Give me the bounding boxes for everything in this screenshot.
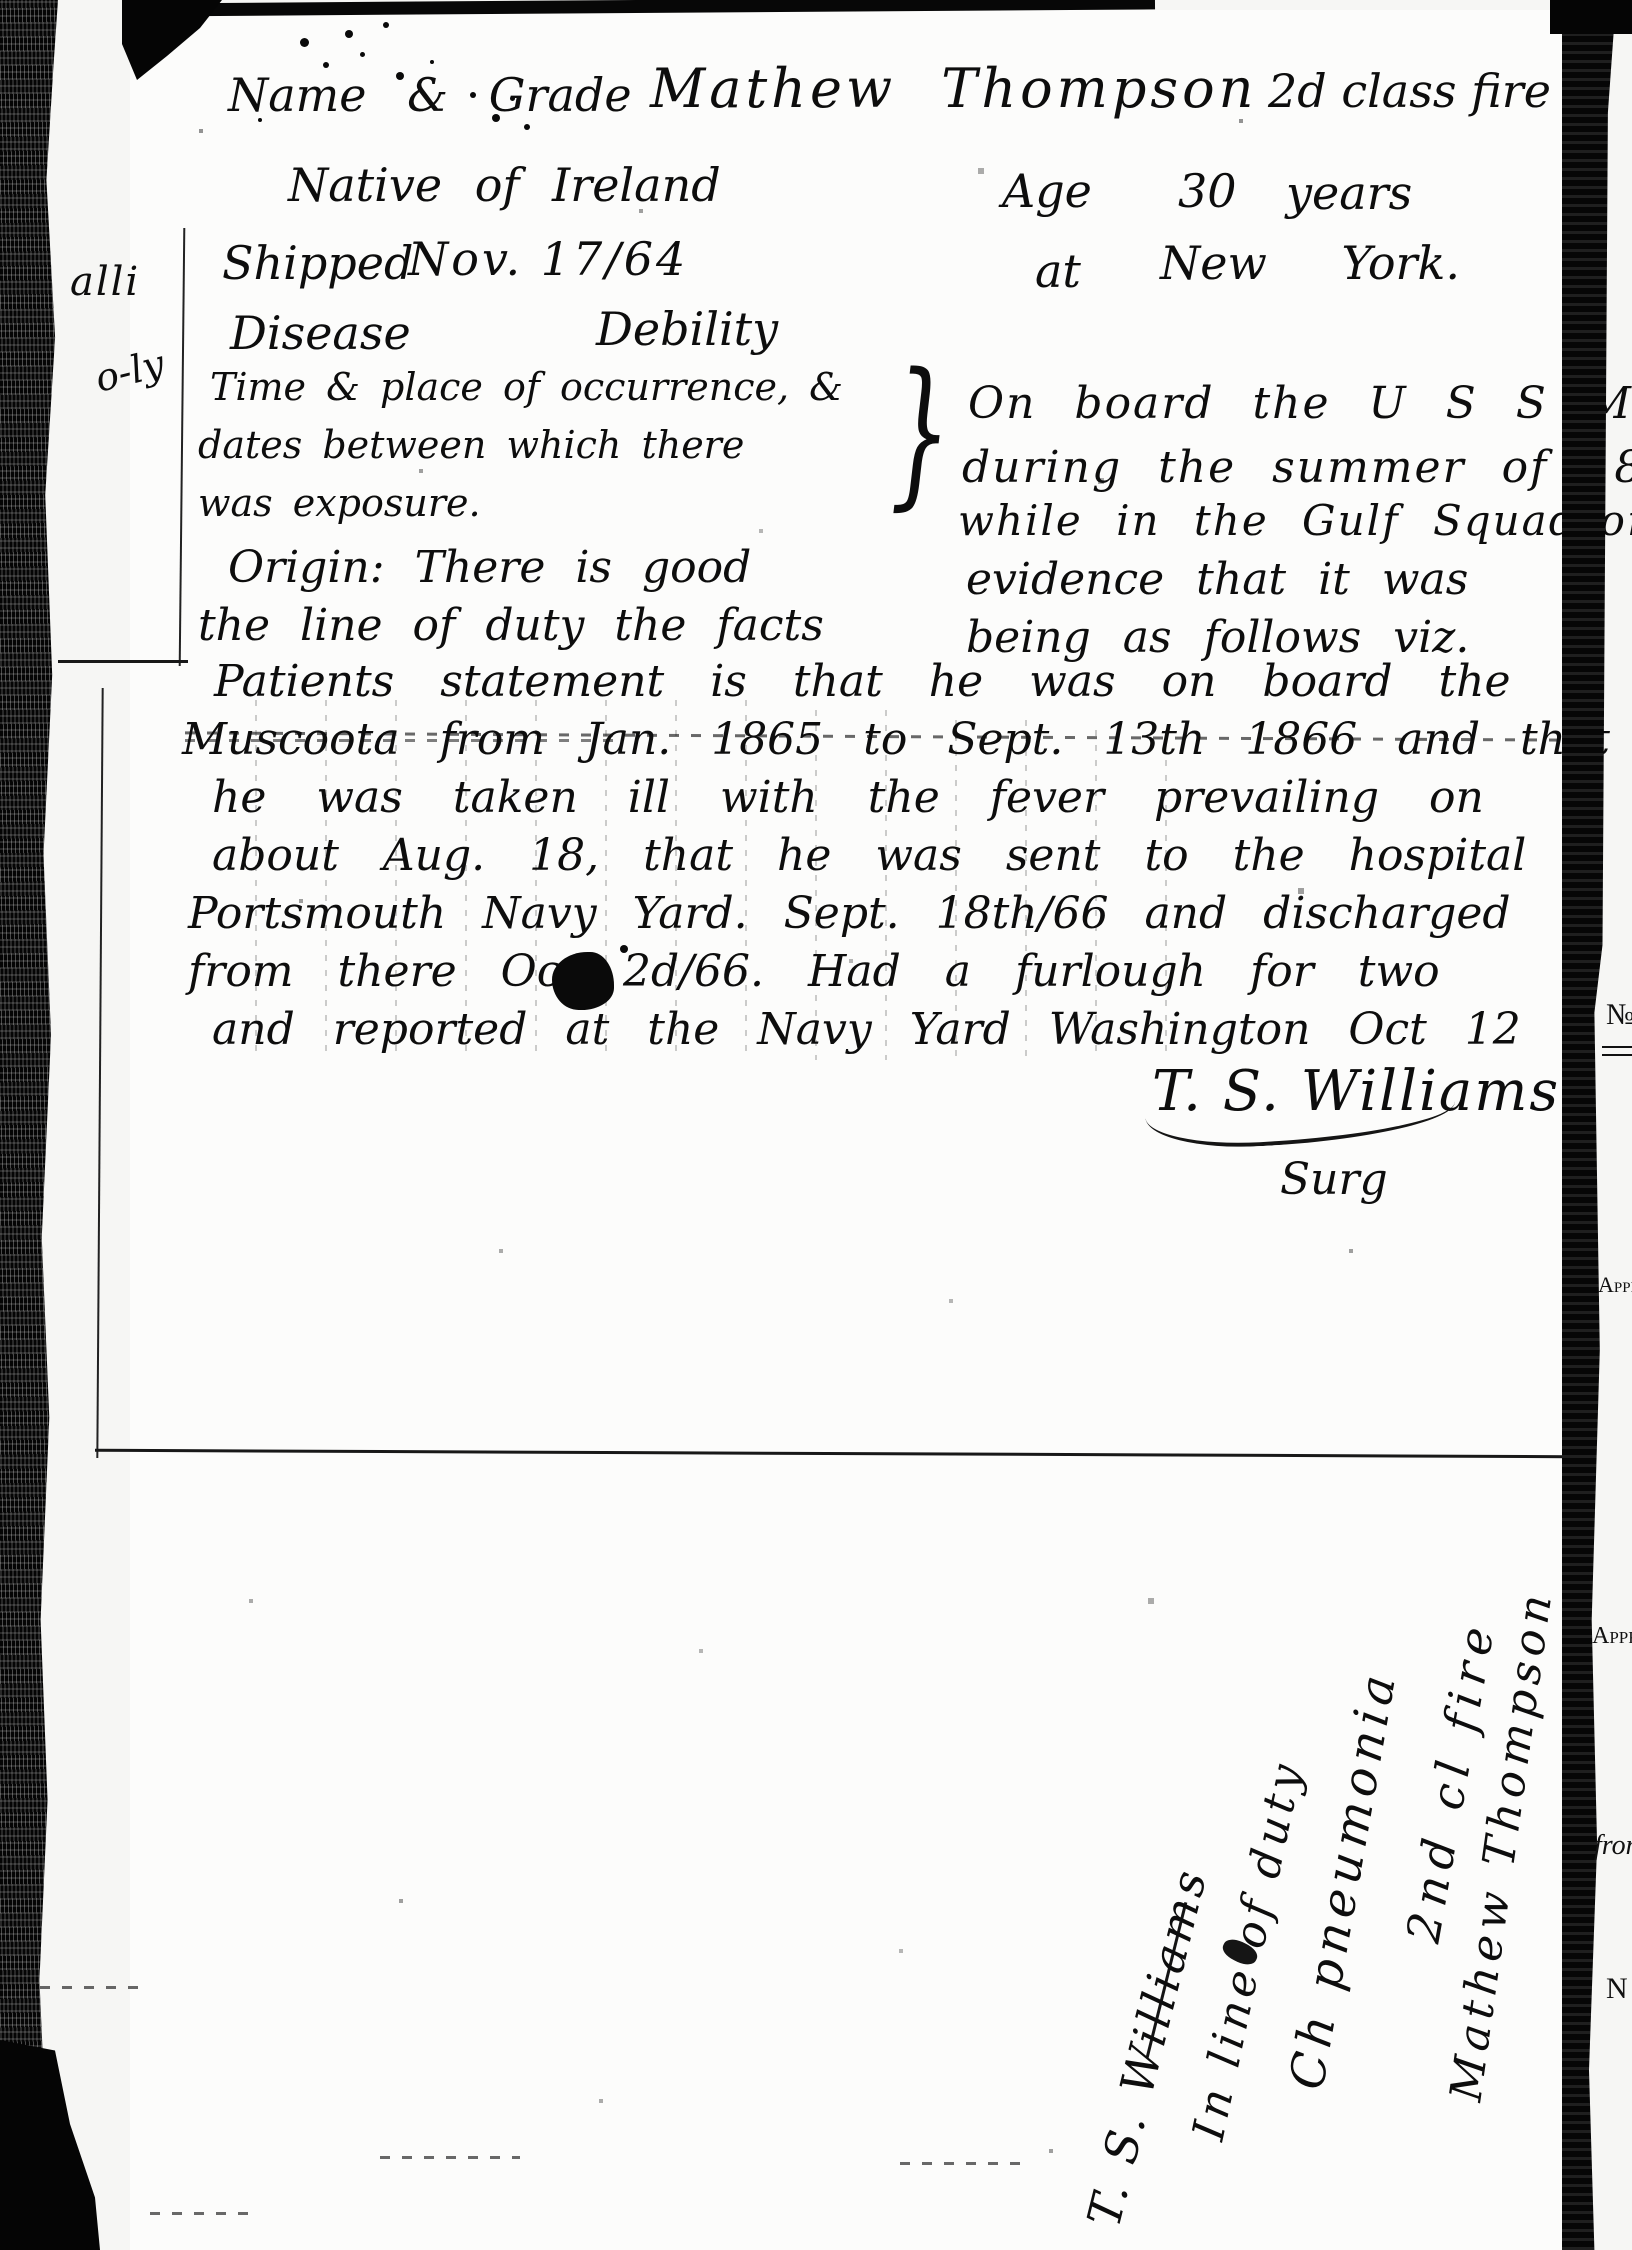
from-fragment: from [1594, 1832, 1632, 1860]
shipped-at-label: at [1035, 248, 1081, 294]
disease-value: Debility [596, 306, 778, 352]
ink-splatter-dot [360, 52, 365, 57]
statement-line: Portsmouth Navy Yard. Sept. 18th/66 and … [188, 892, 1511, 936]
occurrence-label-line: Time & place of occurrence, & [210, 368, 843, 406]
book-gutter-foot [0, 2040, 100, 2250]
ink-splatter-dot [524, 124, 530, 130]
ink-splatter-dot [300, 38, 309, 47]
occurrence-value-line: On board the U S S Mus [968, 382, 1632, 426]
top-right-scan-corner [1550, 0, 1632, 34]
age-unit: years [1286, 170, 1412, 216]
name-grade-label: Name & Grade [228, 72, 632, 118]
numero-fragment: № [1606, 1000, 1632, 1030]
origin-line-left: the line of duty the facts [198, 604, 824, 648]
bottom-dotted-crease [380, 2156, 520, 2159]
ink-splatter-dot [323, 62, 329, 68]
shipped-date: Nov. 17/64 [408, 236, 688, 282]
margin-rule [58, 660, 188, 663]
occurrence-value-line: while in the Gulf Squadron [958, 500, 1632, 542]
origin-line-right: being as follows viz. [966, 616, 1469, 660]
statement-line: he was taken ill with the fever prevaili… [212, 776, 1484, 820]
age-label: Age [1002, 168, 1092, 214]
ink-splatter-dot [430, 60, 434, 64]
disease-label: Disease [230, 310, 411, 356]
printed-rule [1602, 1054, 1632, 1056]
occurrence-label-line: dates between which there [198, 426, 744, 464]
n-fragment: N [1606, 1974, 1628, 2004]
bottom-dotted-crease [900, 2162, 1020, 2165]
surgeon-title: Surg [1280, 1158, 1388, 1202]
bottom-dotted-crease [150, 2212, 260, 2215]
ink-splatter-dot [396, 72, 404, 80]
book-gutter-band [0, 0, 58, 2250]
age-value: 30 [1178, 168, 1237, 214]
sailor-rate: 2d class fire [1268, 68, 1551, 114]
occurrence-label-line: was exposure. [198, 484, 481, 522]
statement-line: and reported at the Navy Yard Washington… [212, 1008, 1521, 1052]
statement-line: about Aug. 18, that he was sent to the h… [212, 834, 1526, 878]
scanned-medical-survey-document: { "colors": { "ink": "#0d0d0d", "paper":… [0, 0, 1632, 2250]
printed-rule [1602, 1046, 1632, 1048]
ink-splatter-dot [510, 96, 515, 101]
statement-line: Muscoota from Jan. 1865 to Sept. 13th 18… [182, 718, 1610, 762]
sailor-name: Mathew Thompson [650, 62, 1257, 116]
approved-fragment: Appro [1598, 1274, 1632, 1296]
ink-splatter-dot [383, 22, 389, 28]
ink-splatter-dot [620, 945, 628, 953]
ink-blot [552, 952, 614, 1010]
ink-splatter-dot [470, 92, 476, 98]
statement-line: from there Oct 2d/66. Had a furlough for… [188, 950, 1440, 994]
native-of-label: Native of Ireland [288, 162, 721, 208]
ink-splatter-dot [492, 114, 500, 122]
right-page-edge-strip [1562, 0, 1616, 2250]
origin-line-left: Origin: There is good [228, 546, 751, 590]
ink-splatter-dot [258, 118, 262, 122]
occurrence-value-line: during the summer of 18 [962, 446, 1632, 490]
underlying-page-edge-line [96, 688, 103, 1458]
shipped-at-place: New York. [1160, 240, 1460, 286]
statement-line: Patients statement is that he was on boa… [214, 660, 1511, 704]
curly-brace: } [890, 352, 951, 512]
ink-splatter-dot [345, 30, 353, 38]
approved-fragment: Appro [1592, 1624, 1632, 1648]
left-margin-fragment: alli [70, 262, 140, 302]
shipped-label: Shipped [222, 240, 413, 286]
origin-line-right: evidence that it was [966, 558, 1468, 602]
